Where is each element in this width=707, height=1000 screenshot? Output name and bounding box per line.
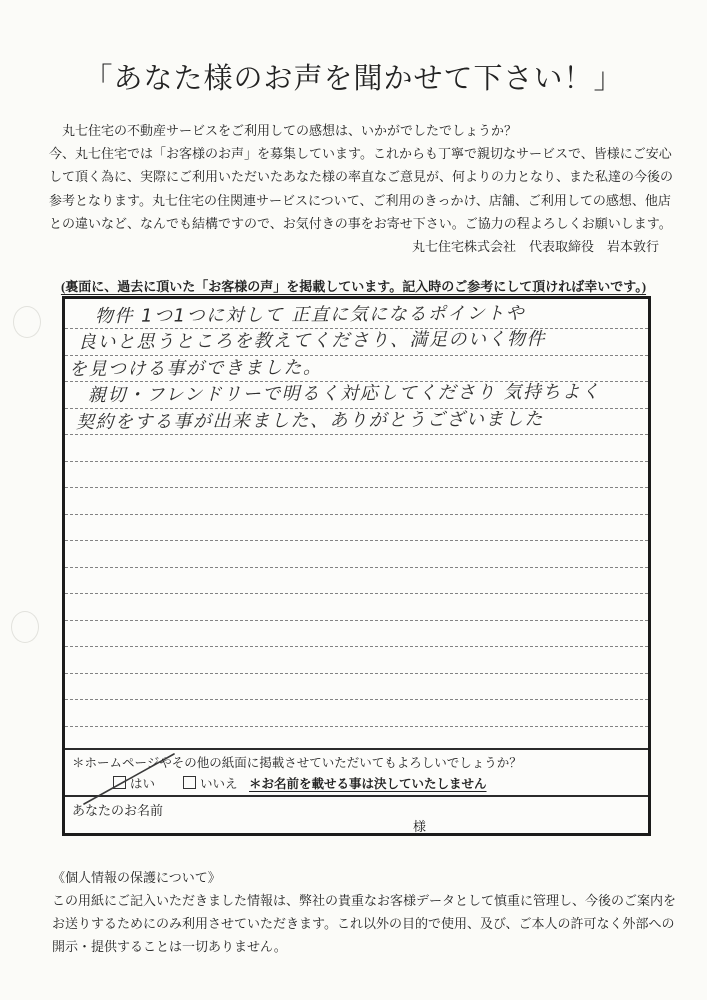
ruled-line [65, 461, 648, 462]
ruled-line [65, 673, 648, 674]
privacy-section: 《個人情報の保護について》 この用紙にご記入いただきました情報は、弊社の貴重なお… [52, 866, 670, 958]
name-field-label: あなたのお名前 [72, 800, 163, 819]
feedback-box: 物件 1つ1つに対して 正直に気になるポイントや 良いと思うところを教えてくださ… [62, 296, 651, 836]
publish-consent-question: ＊ホームページやその他の紙面に掲載させていただいてもよろしいでしょうか？ [72, 753, 522, 771]
option-yes[interactable]: はい [113, 774, 155, 792]
intro-line: して頂く為に、実際にご利用いただいたあなた様の率直なご意見が、何よりの力となり、… [49, 165, 667, 188]
handwritten-line: を見つける事ができました。 [69, 357, 323, 381]
intro-line: 今、丸七住宅では「お客様のお声」を募集しています。これからも丁寧で親切なサービス… [49, 142, 667, 165]
privacy-line: この用紙にご記入いただきました情報は、弊社の貴重なお客様データとして慎重に管理し… [52, 889, 670, 912]
intro-line: 参考となります。丸七住宅の住関連サービスについて、ご利用のきっかけ、店舗、ご利用… [49, 189, 667, 212]
ruled-line [65, 487, 648, 488]
checkbox-yes[interactable] [113, 776, 126, 789]
scanned-feedback-form: 「あなた様のお声を聞かせて下さい！」 丸七住宅の不動産サービスをご利用しての感想… [0, 0, 707, 1000]
publish-consent-section: ＊ホームページやその他の紙面に掲載させていただいてもよろしいでしょうか？ はい … [65, 748, 648, 797]
ruled-line [65, 646, 648, 647]
page-title: 「あなた様のお声を聞かせて下さい！」 [0, 56, 707, 97]
checkbox-no[interactable] [183, 776, 196, 789]
intro-line: との違いなど、なんでも結構ですので、お気付きの事をお寄せ下さい。ご協力の程よろし… [49, 212, 667, 235]
backside-note-text: (裏面に、過去に頂いた「お客様の声」を掲載しています。記入時のご参考にして頂けれ… [61, 279, 646, 294]
punch-hole-top [13, 306, 41, 338]
ruled-line [65, 620, 648, 621]
ruled-line [65, 567, 648, 568]
backside-note: (裏面に、過去に頂いた「お客様の声」を掲載しています。記入時のご参考にして頂けれ… [0, 276, 707, 295]
handwritten-line: 親切・フレンドリーで明るく対応してくださり 気持ちよく [88, 381, 601, 407]
handwritten-line: 物件 1つ1つに対して 正直に気になるポイントや [95, 303, 526, 328]
name-honorific-suffix: 様 [413, 816, 426, 835]
handwritten-line: 契約をする事が出来ました、ありがとうございました [76, 409, 544, 434]
ruled-line [65, 514, 648, 515]
ruled-line [65, 699, 648, 700]
ruled-line [65, 408, 648, 409]
ruled-line [65, 593, 648, 594]
option-yes-label: はい [130, 777, 155, 791]
ruled-line [65, 726, 648, 727]
handwritten-line: 良いと思うところを教えてくださり、満足のいく物件 [78, 329, 546, 354]
ruled-line [65, 328, 648, 329]
anonymity-note: ＊お名前を載せる事は決していたしません [249, 774, 487, 792]
company-signature: 丸七住宅株式会社 代表取締役 岩本敦行 [49, 235, 667, 258]
privacy-line: お送りするためにのみ利用させていただきます。これ以外の目的で使用、及び、ご本人の… [52, 912, 670, 935]
option-no-label: いいえ [200, 777, 238, 791]
ruled-line [65, 434, 648, 435]
intro-line: 丸七住宅の不動産サービスをご利用しての感想は、いかがでしたでしょうか？ [49, 119, 667, 142]
name-field-section: あなたのお名前 様 [65, 795, 648, 833]
ruled-line [65, 540, 648, 541]
punch-hole-bottom [11, 611, 39, 643]
intro-paragraph: 丸七住宅の不動産サービスをご利用しての感想は、いかがでしたでしょうか？ 今、丸七… [49, 119, 667, 258]
option-no[interactable]: いいえ [183, 774, 238, 792]
privacy-heading: 《個人情報の保護について》 [52, 866, 670, 889]
ruled-line [65, 355, 648, 356]
privacy-line: 開示・提供することは一切ありません。 [52, 935, 670, 958]
